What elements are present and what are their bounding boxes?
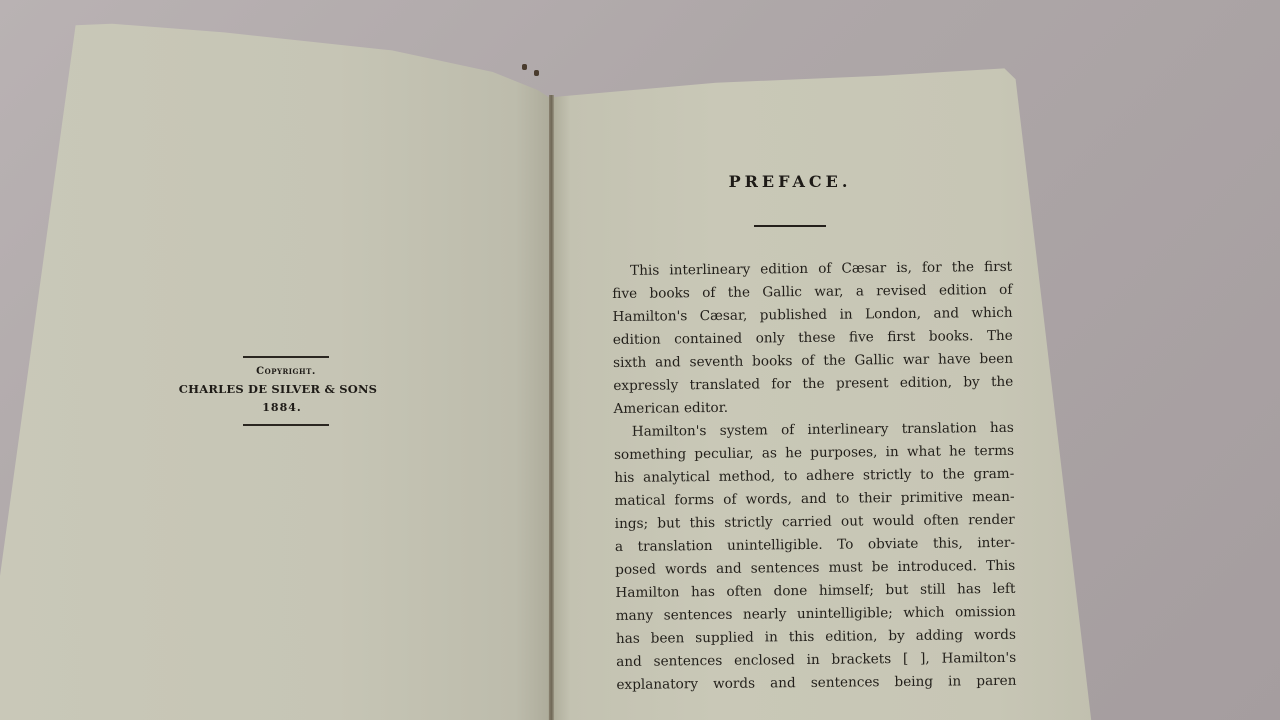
divider-rule [754, 225, 826, 227]
preface-text: This interlineary edition of Cæsar is, f… [612, 256, 1017, 697]
text-line: expressly translated for the present edi… [613, 371, 1013, 398]
page-title: PREFACE. [700, 172, 880, 191]
book-photo: Copyright. CHARLES DE SILVER & SONS 1884… [0, 0, 1280, 720]
page-mark [522, 64, 527, 70]
text-line: explanatory words and sentences being in… [616, 670, 1016, 697]
divider-rule [243, 424, 329, 426]
divider-rule [243, 356, 329, 358]
copyright-label: Copyright. [186, 366, 386, 377]
page-mark [534, 70, 539, 76]
copyright-year: 1884. [182, 401, 382, 414]
book-gutter [549, 95, 554, 720]
publisher-name: CHARLES DE SILVER & SONS [178, 382, 378, 396]
copyright-block: Copyright. CHARLES DE SILVER & SONS 1884… [186, 356, 386, 426]
